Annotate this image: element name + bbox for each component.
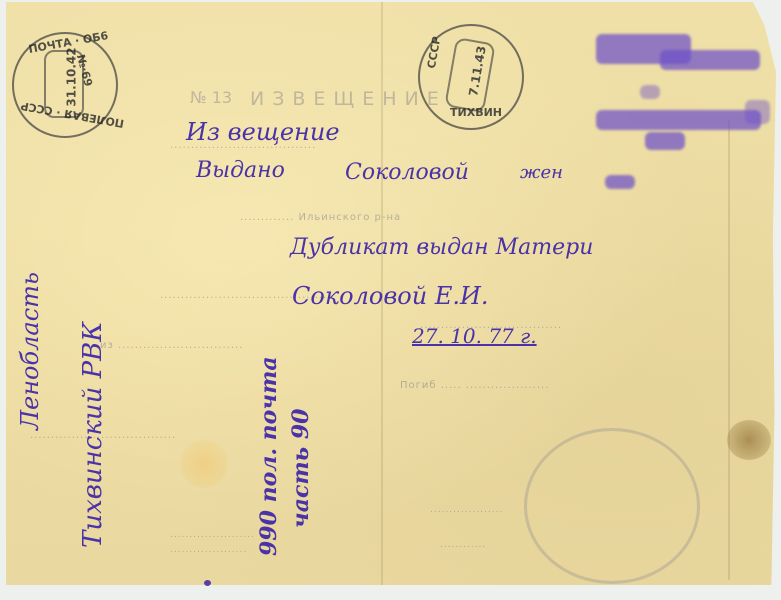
printed-line: ............. Ильинского р-на (240, 212, 401, 223)
faint-official-seal (524, 428, 700, 584)
handwritten-name: Соколовой (345, 160, 469, 185)
ink-blot (204, 580, 211, 586)
printed-line: ............ (440, 540, 486, 550)
handwritten-region-vertical: Ленобласть (16, 272, 44, 430)
redaction-mark (605, 175, 635, 189)
printed-line: ................... (430, 505, 503, 515)
redaction-mark (596, 110, 761, 130)
handwritten-field-post-vertical: 990 пол. почта (256, 356, 282, 556)
printed-line: .................... (170, 545, 247, 555)
postmark-right-ring-bottom: ТИХВИН (450, 106, 502, 119)
handwritten-unit-vertical: часть 90 (288, 409, 314, 528)
handwritten-recipient: Соколовой Е.И. (292, 282, 489, 310)
redaction-mark (660, 50, 760, 70)
fold-crease-right (728, 120, 730, 580)
brown-stain (727, 420, 771, 460)
yellow-stain (180, 440, 228, 488)
handwritten-date: 27. 10. 77 г. (412, 324, 537, 348)
printed-heading: ИЗВЕЩЕНИЕ (250, 88, 447, 110)
printed-line: из .............................. (100, 340, 243, 351)
handwritten-title: Из вещение (186, 118, 340, 146)
handwritten-duplicate-note: Дубликат выдан Матери (290, 235, 593, 260)
handwritten-district-vertical: Тихвинский РВК (78, 322, 108, 548)
redaction-mark (640, 85, 660, 99)
redaction-mark (645, 132, 685, 150)
redaction-mark (745, 100, 770, 124)
postmark-left-date: 31.10.42 (65, 47, 79, 106)
handwritten-name-suffix: жен (520, 162, 563, 183)
printed-line: ...................... (170, 530, 255, 540)
printed-line: Погиб ..... .................... (400, 380, 549, 391)
handwritten-issued: Выдано (196, 158, 285, 183)
printed-number: № 13 (190, 88, 232, 107)
